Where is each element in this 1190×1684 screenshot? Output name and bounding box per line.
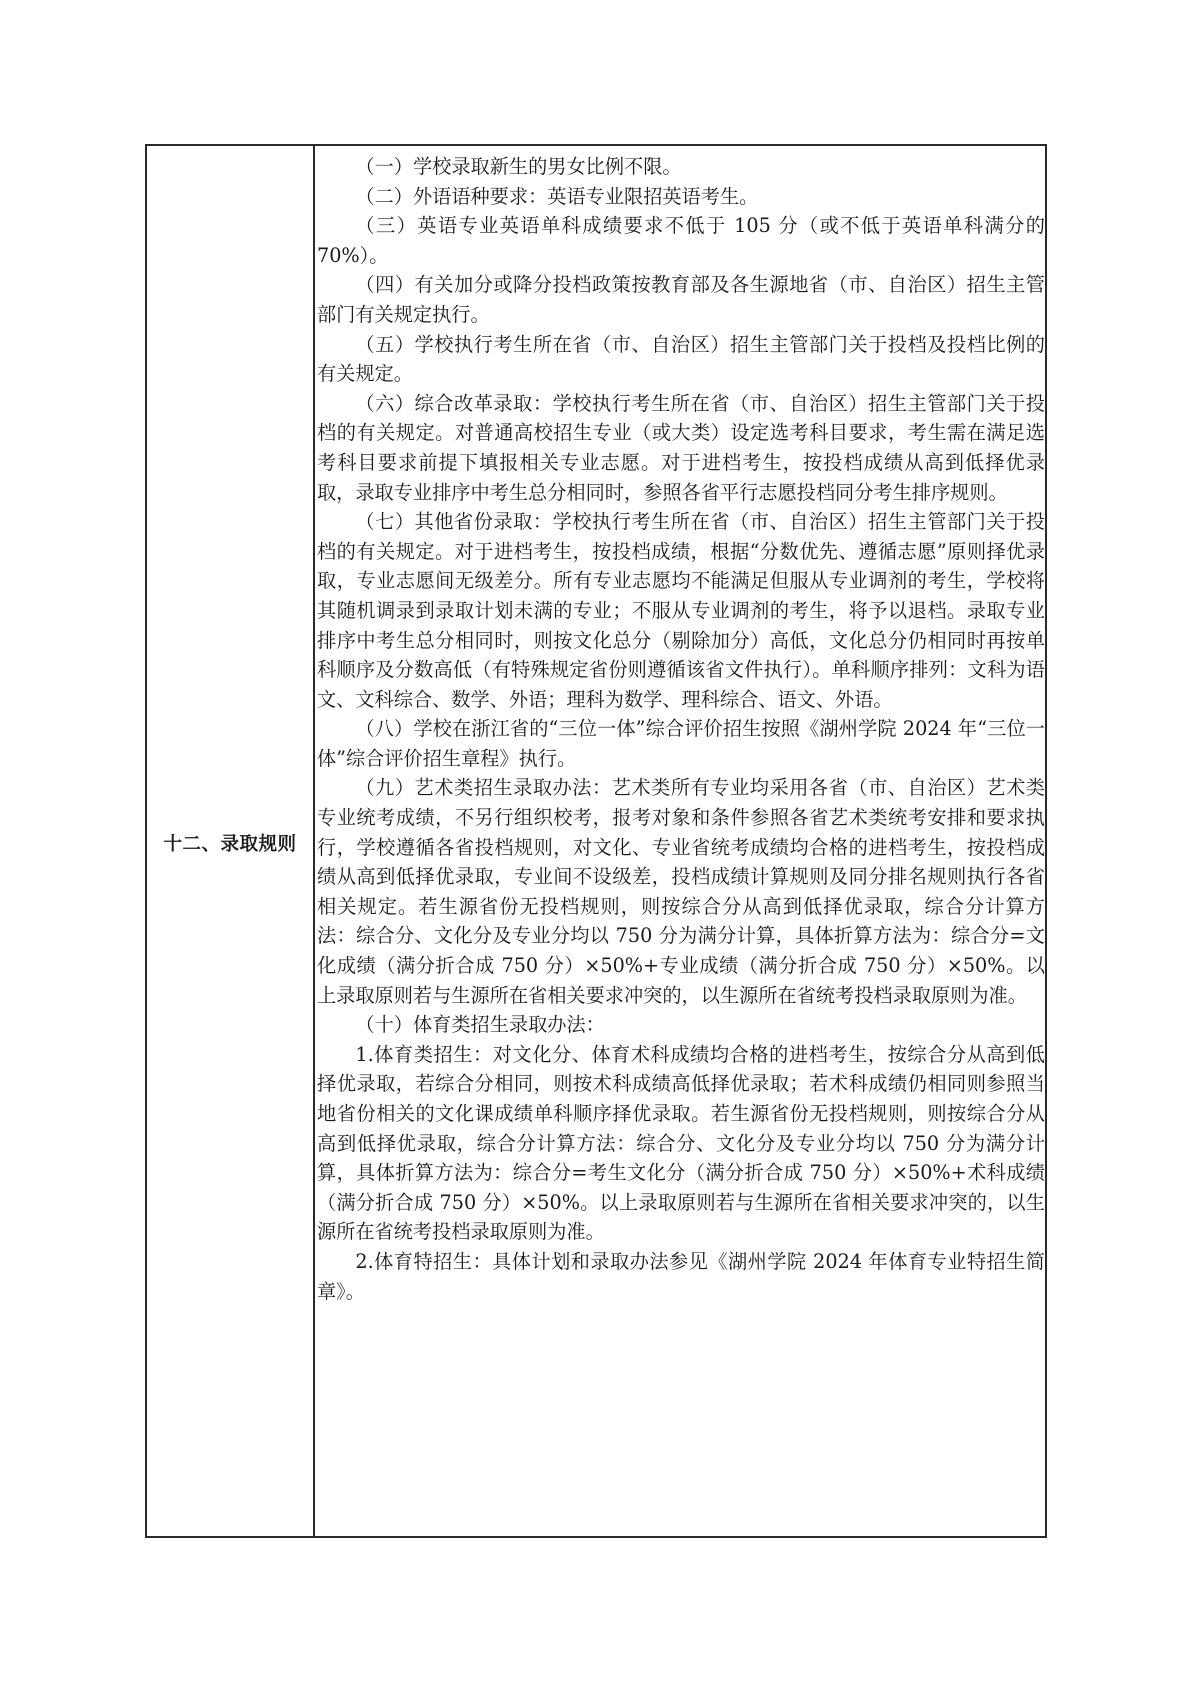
rule-paragraph-9: （九）艺术类招生录取办法：艺术类所有专业均采用各省（市、自治区）艺术类专业统考成… [317, 773, 1045, 1010]
rule-paragraph-8: （八）学校在浙江省的“三位一体”综合评价招生按照《湖州学院 2024 年“三位一… [317, 714, 1045, 773]
rule-paragraph-10: （十）体育类招生录取办法： [317, 1010, 1045, 1040]
rules-content: （一）学校录取新生的男女比例不限。 （二）外语语种要求：英语专业限招英语考生。 … [317, 152, 1045, 1306]
section-label: 十二、录取规则 [147, 830, 313, 856]
rule-paragraph-4: （四）有关加分或降分投档政策按教育部及各生源地省（市、自治区）招生主管部门有关规… [317, 270, 1045, 329]
rule-paragraph-3: （三）英语专业英语单科成绩要求不低于 105 分（或不低于英语单科满分的 70%… [317, 211, 1045, 270]
rule-paragraph-2: （二）外语语种要求：英语专业限招英语考生。 [317, 182, 1045, 212]
rule-paragraph-5: （五）学校执行考生所在省（市、自治区）招生主管部门关于投档及投档比例的有关规定。 [317, 330, 1045, 389]
admission-rules-table: 十二、录取规则 （一）学校录取新生的男女比例不限。 （二）外语语种要求：英语专业… [145, 144, 1047, 1538]
rule-paragraph-7: （七）其他省份录取：学校执行考生所在省（市、自治区）招生主管部门关于投档的有关规… [317, 507, 1045, 714]
rule-paragraph-10-2: 2.体育特招生：具体计划和录取办法参见《湖州学院 2024 年体育专业特招生简章… [317, 1247, 1045, 1306]
column-divider [313, 146, 315, 1536]
rule-paragraph-10-1: 1.体育类招生：对文化分、体育术科成绩均合格的进档考生，按综合分从高到低择优录取… [317, 1040, 1045, 1247]
rule-paragraph-6: （六）综合改革录取：学校执行考生所在省（市、自治区）招生主管部门关于投档的有关规… [317, 389, 1045, 507]
rule-paragraph-1: （一）学校录取新生的男女比例不限。 [317, 152, 1045, 182]
